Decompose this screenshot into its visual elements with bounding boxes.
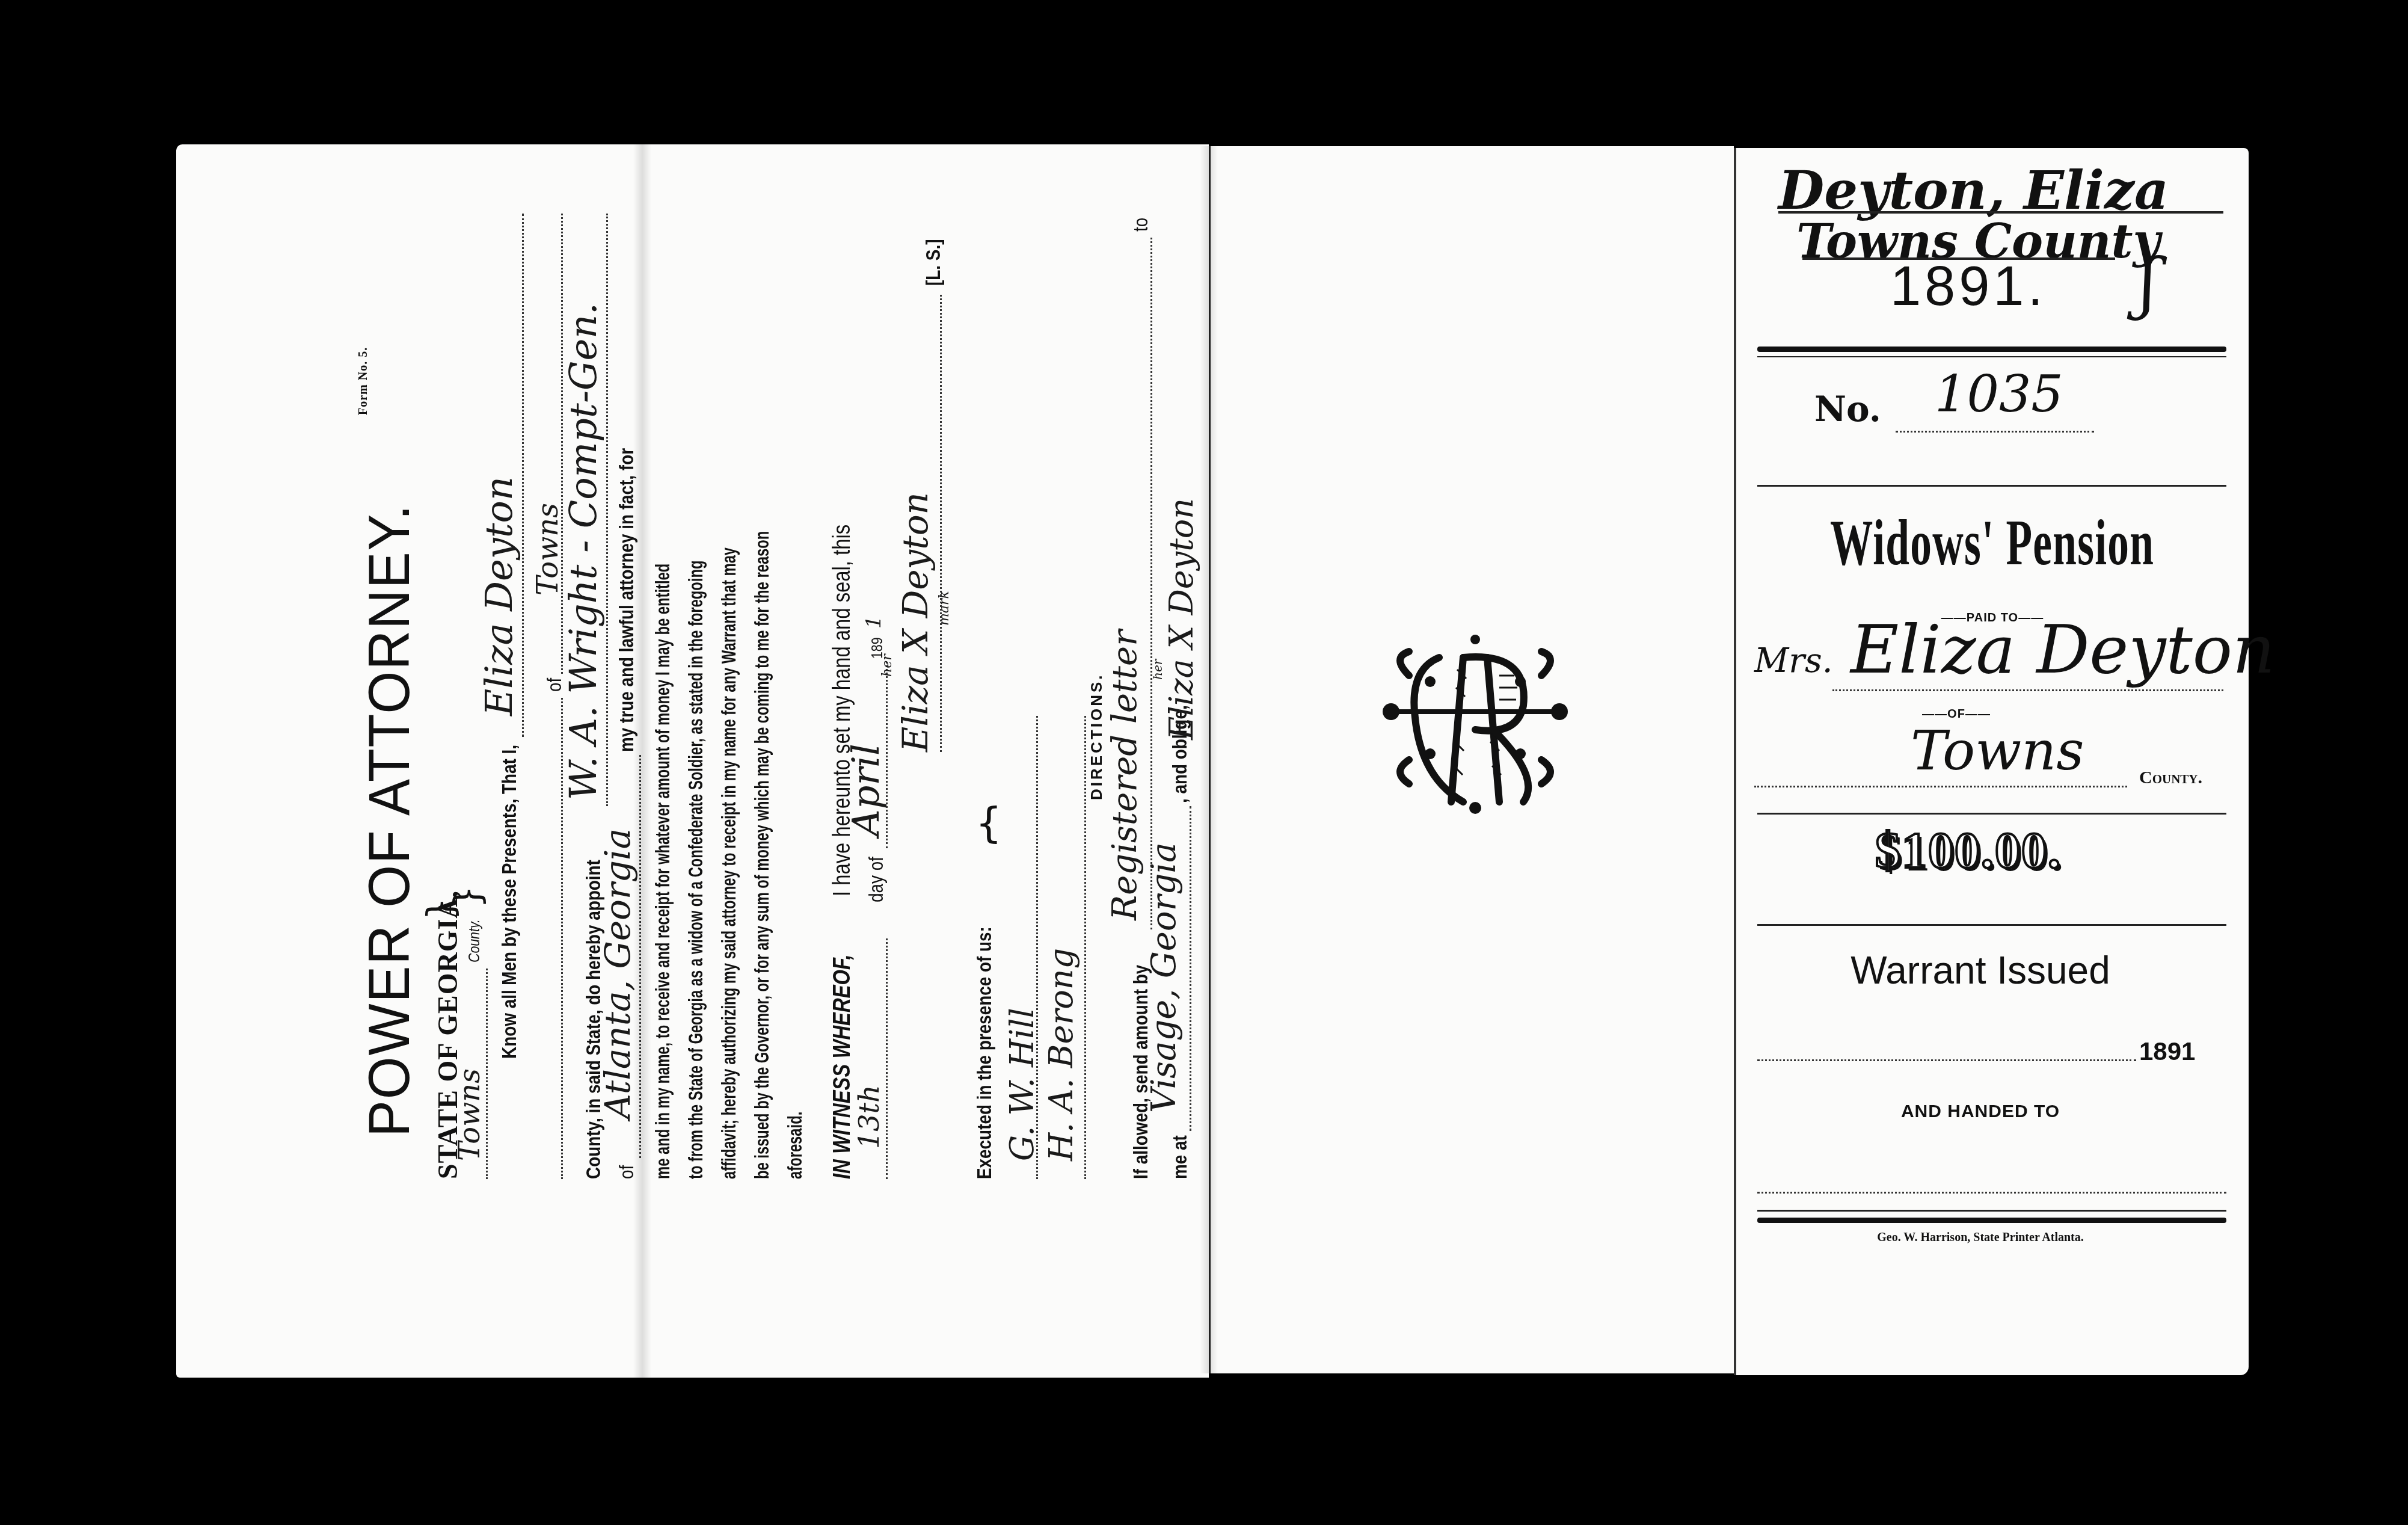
number-label: No. [1814,389,1881,430]
warrant-issued-label: Warrant Issued [1724,948,2237,993]
me-at-value: Visage, Georgia [1144,842,1184,1113]
payee-name: Eliza Deyton [1851,611,2275,688]
witness-day: 13th [853,1085,885,1149]
divider-thick [1757,1218,2226,1223]
directions-heading: DIRECTIONS. [1087,673,1106,800]
grantor-of-value: Towns [531,503,565,596]
seal-label: [L. S.] [922,239,945,286]
body-line: to from the State of Georgia as a widow … [684,561,707,1179]
body-line: me and in my name, to receive and receip… [651,564,674,1179]
body-line: aforesaid. [784,1112,806,1179]
payee-prefix: Mrs. [1754,641,1833,680]
handed-to-line [1757,1192,2226,1194]
divider [1757,813,2226,815]
witness-month: April [844,744,888,836]
signature-her: her [880,654,895,677]
grantor-name: Eliza Deyton [477,476,521,716]
attorney-field-line [606,214,608,806]
divider-thick [1757,347,2226,352]
county-label: County. [2139,768,2202,788]
power-of-attorney-form: Form No. 5. POWER OF ATTORNEY. STATE OF … [176,144,1209,1378]
witness-line-2 [1084,716,1086,1179]
brace-icon: { [975,798,1003,848]
warrant-year: 1891 [2139,1037,2195,1066]
attorney-location: Atlanta, Georgia [597,828,638,1119]
printer-credit: Geo. W. Harrison, State Printer Atlanta. [1724,1231,2237,1245]
send-method-value: Registered letter [1105,630,1144,920]
send-method-line [1150,238,1152,929]
pension-title: Widows' Pension [1736,506,2249,581]
signature-field-line [940,295,942,752]
day-field-line [886,938,888,1179]
decorative-monogram-icon [1373,621,1577,820]
county-field-line [1754,786,2127,787]
witness-text: I have hereunto set my hand and seal, th… [829,525,856,896]
body-line: be issued by the Governor, or for any su… [751,531,773,1179]
widows-pension-docket: Deyton, Eliza Towns County 1891. ʃ No. 1… [1734,148,2249,1375]
power-of-attorney-panel: Form No. 5. POWER OF ATTORNEY. STATE OF … [176,144,1209,1378]
witness-name-2: H. A. Berong [1042,948,1080,1161]
month-field-line [886,662,888,848]
fold-crease [633,144,651,1378]
day-of-label: day of [865,857,888,902]
county-label: County. [465,919,484,963]
fold-crease [1200,146,1218,1373]
pension-amount: $100.00. [1712,822,2225,880]
county-field-line [486,969,488,1179]
payee-field-line [1832,689,2223,691]
docket-number: 1035 [1935,365,2063,424]
attorney-name: W. A. Wright - Compt-Gen. [561,303,605,800]
form-number: Form No. 5. [357,347,370,415]
number-field-line [1896,431,2094,433]
name-underline [1778,211,2223,214]
cover-panel [1209,146,1734,1373]
know-all-men-text: Know all Men by these Presents, That I, [498,745,521,1059]
signature-mark: mark [937,591,952,626]
county-value: Towns [1911,719,2084,783]
divider [1757,485,2226,487]
executed-presence-text: Executed in the presence of us: [973,926,997,1179]
handwritten-flourish: ʃ [2139,244,2157,321]
witness-lead: IN WITNESS WHEREOF, [829,954,856,1179]
witness-line-1 [1036,716,1038,1179]
body-line: affidavit; hereby authorizing my said at… [717,547,740,1179]
year-suffix: 1 [862,615,886,629]
grantor-signature: Eliza X Deyton [895,492,936,752]
me-at-line [1190,806,1191,1131]
grantor-signature-2: Eliza X Deyton [1163,498,1200,740]
grantor-field-line [522,214,524,737]
warrant-date-line [1757,1059,2136,1061]
me-at-label: me at [1169,1135,1192,1179]
divider [1757,924,2226,926]
witness-name-1: G. W. Hill [1003,1008,1041,1161]
divider-thin [1757,1210,2226,1212]
to-label: to [1129,218,1153,232]
divider-thin [1757,356,2226,357]
brace-icon: } [447,886,489,908]
page-title: POWER OF ATTORNEY. [357,504,423,1137]
county-value: Towns [453,1068,487,1161]
handed-to-label: AND HANDED TO [1724,1101,2237,1122]
